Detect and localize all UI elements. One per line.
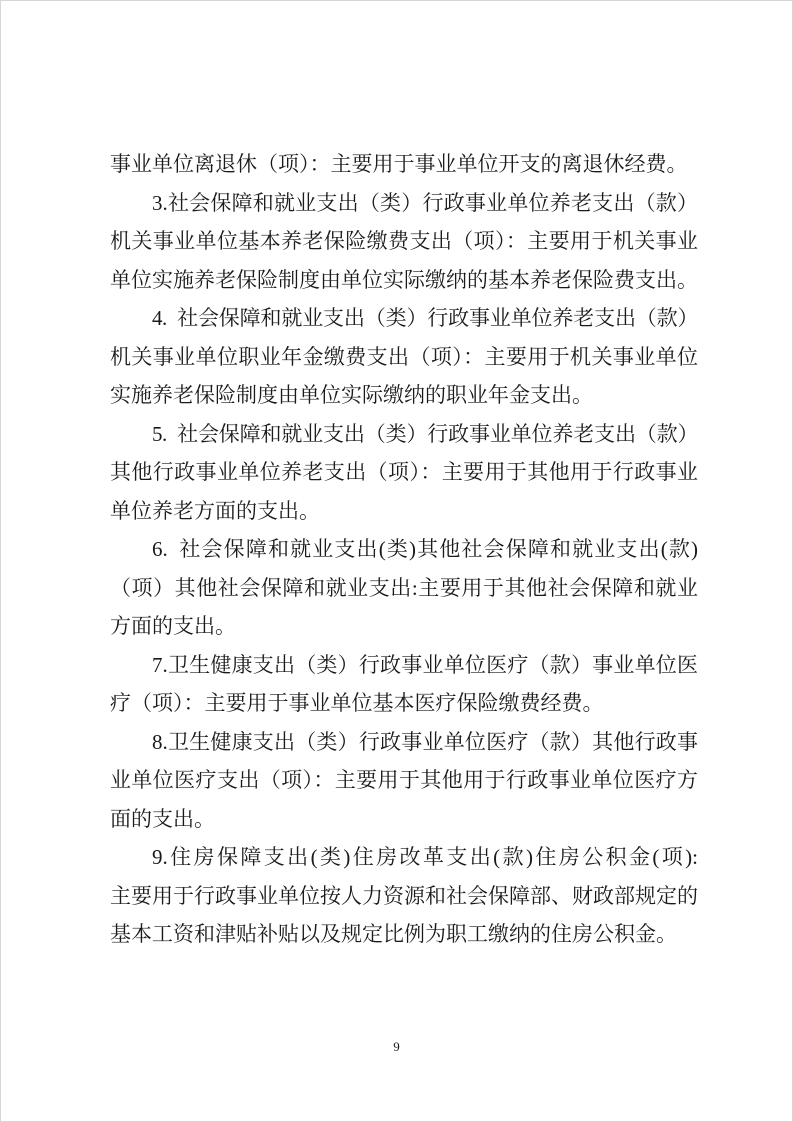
text-line: 机关事业单位职业年金缴费支出（项）：主要用于机关事业单位 [110, 338, 698, 377]
text-line: 4. 社会保障和就业支出（类）行政事业单位养老支出（款） [110, 299, 698, 338]
text-line: 方面的支出。 [110, 607, 698, 646]
text-line: 业单位医疗支出（项）：主要用于其他用于行政事业单位医疗方 [110, 761, 698, 800]
text-line: 实施养老保险制度由单位实际缴纳的职业年金支出。 [110, 376, 698, 415]
document-page: 事业单位离退休（项）：主要用于事业单位开支的离退休经费。3.社会保障和就业支出（… [0, 0, 793, 1122]
text-line: 7.卫生健康支出（类）行政事业单位医疗（款）事业单位医 [110, 646, 698, 685]
text-line: 事业单位离退休（项）：主要用于事业单位开支的离退休经费。 [110, 145, 698, 184]
text-line: 面的支出。 [110, 800, 698, 839]
text-line: （项）其他社会保障和就业支出:主要用于其他社会保障和就业 [110, 569, 698, 608]
text-line: 5. 社会保障和就业支出（类）行政事业单位养老支出（款） [110, 415, 698, 454]
text-line: 9.住房保障支出(类)住房改革支出(款)住房公积金(项): [110, 838, 698, 877]
text-line: 8.卫生健康支出（类）行政事业单位医疗（款）其他行政事 [110, 723, 698, 762]
text-line: 其他行政事业单位养老支出（项）：主要用于其他用于行政事业 [110, 453, 698, 492]
text-line: 疗（项）：主要用于事业单位基本医疗保险缴费经费。 [110, 684, 698, 723]
page-number: 9 [393, 1039, 400, 1054]
page-text: 事业单位离退休（项）：主要用于事业单位开支的离退休经费。3.社会保障和就业支出（… [110, 145, 698, 954]
text-line: 6. 社会保障和就业支出(类)其他社会保障和就业支出(款) [110, 530, 698, 569]
text-line: 单位养老方面的支出。 [110, 492, 698, 531]
text-line: 3.社会保障和就业支出（类）行政事业单位养老支出（款） [110, 184, 698, 223]
text-line: 单位实施养老保险制度由单位实际缴纳的基本养老保险费支出。 [110, 261, 698, 300]
text-line: 机关事业单位基本养老保险缴费支出（项）：主要用于机关事业 [110, 222, 698, 261]
page-footer: 9 [0, 1038, 793, 1056]
text-line: 主要用于行政事业单位按人力资源和社会保障部、财政部规定的 [110, 877, 698, 916]
text-line: 基本工资和津贴补贴以及规定比例为职工缴纳的住房公积金。 [110, 915, 698, 954]
